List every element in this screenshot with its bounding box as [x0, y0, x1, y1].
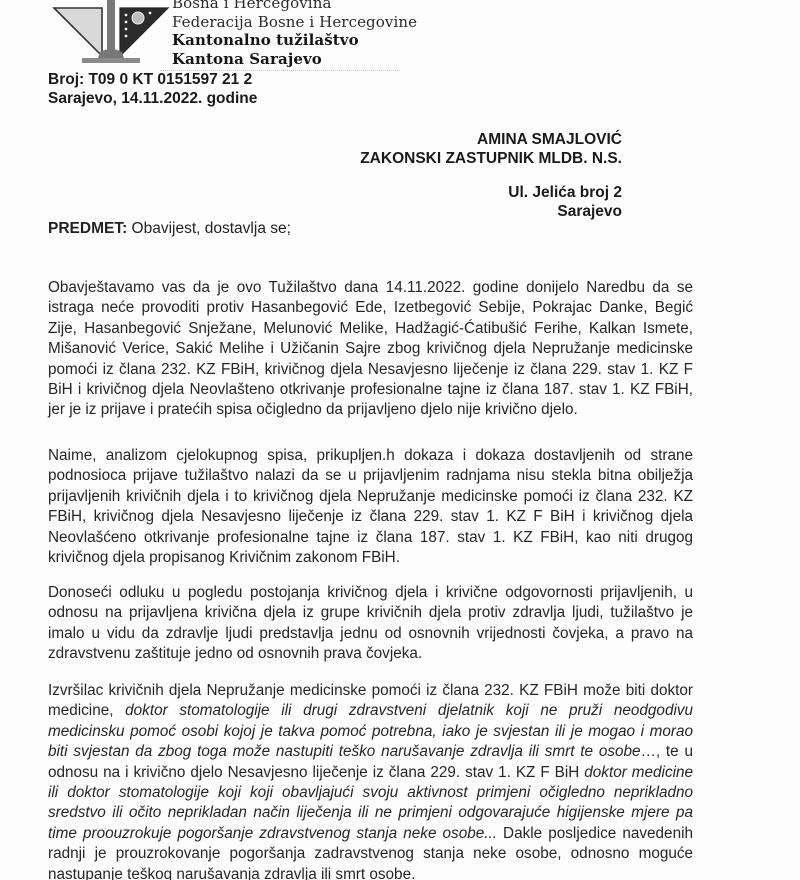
- place-date: Sarajevo, 14.11.2022. godine: [48, 89, 257, 108]
- case-number: Broj: T09 0 KT 0151597 21 2: [48, 70, 257, 89]
- institution-header: Bosna i Hercegovina Federacija Bosne i H…: [172, 0, 417, 68]
- paragraph-analysis: Naime, analizom cjelokupnog spisa, priku…: [48, 446, 693, 568]
- recipient-name: AMINA SMAJLOVIĆ: [360, 130, 622, 149]
- subject-label: PREDMET:: [48, 220, 127, 237]
- institution-canton: Kantona Sarajevo: [172, 50, 417, 69]
- recipient-city: Sarajevo: [508, 202, 622, 221]
- subject-text: Obavijest, dostavlja se;: [127, 220, 291, 237]
- paragraph-perpetrator: Izvršilac krivičnih djela Nepružanje med…: [48, 681, 693, 880]
- recipient-address: Ul. Jelića broj 2 Sarajevo: [508, 183, 622, 221]
- recipient-street: Ul. Jelića broj 2: [508, 183, 622, 202]
- p4-quote-1: doktor stomatologije ili drugi zdravstve…: [48, 702, 693, 760]
- subject-line: PREDMET: Obavijest, dostavlja se;: [48, 220, 291, 238]
- institution-office: Kantonalno tužilaštvo: [172, 31, 417, 50]
- document-meta: Broj: T09 0 KT 0151597 21 2 Sarajevo, 14…: [48, 70, 257, 108]
- recipient-role: ZAKONSKI ZASTUPNIK MLDB. N.S.: [360, 149, 622, 168]
- institution-country: Bosna i Hercegovina: [172, 0, 417, 13]
- institution-federation: Federacija Bosne i Hercegovine: [172, 13, 417, 32]
- paragraph-decision: Donoseći odluku u pogledu postojanja kri…: [48, 583, 693, 665]
- paragraph-notice: Obavještavamo vas da je ovo Tužilaštvo d…: [48, 278, 693, 421]
- recipient-block: AMINA SMAJLOVIĆ ZAKONSKI ZASTUPNIK MLDB.…: [360, 130, 622, 168]
- document-page: Bosna i Hercegovina Federacija Bosne i H…: [0, 0, 800, 880]
- coat-of-arms-logo-icon: [52, 0, 170, 64]
